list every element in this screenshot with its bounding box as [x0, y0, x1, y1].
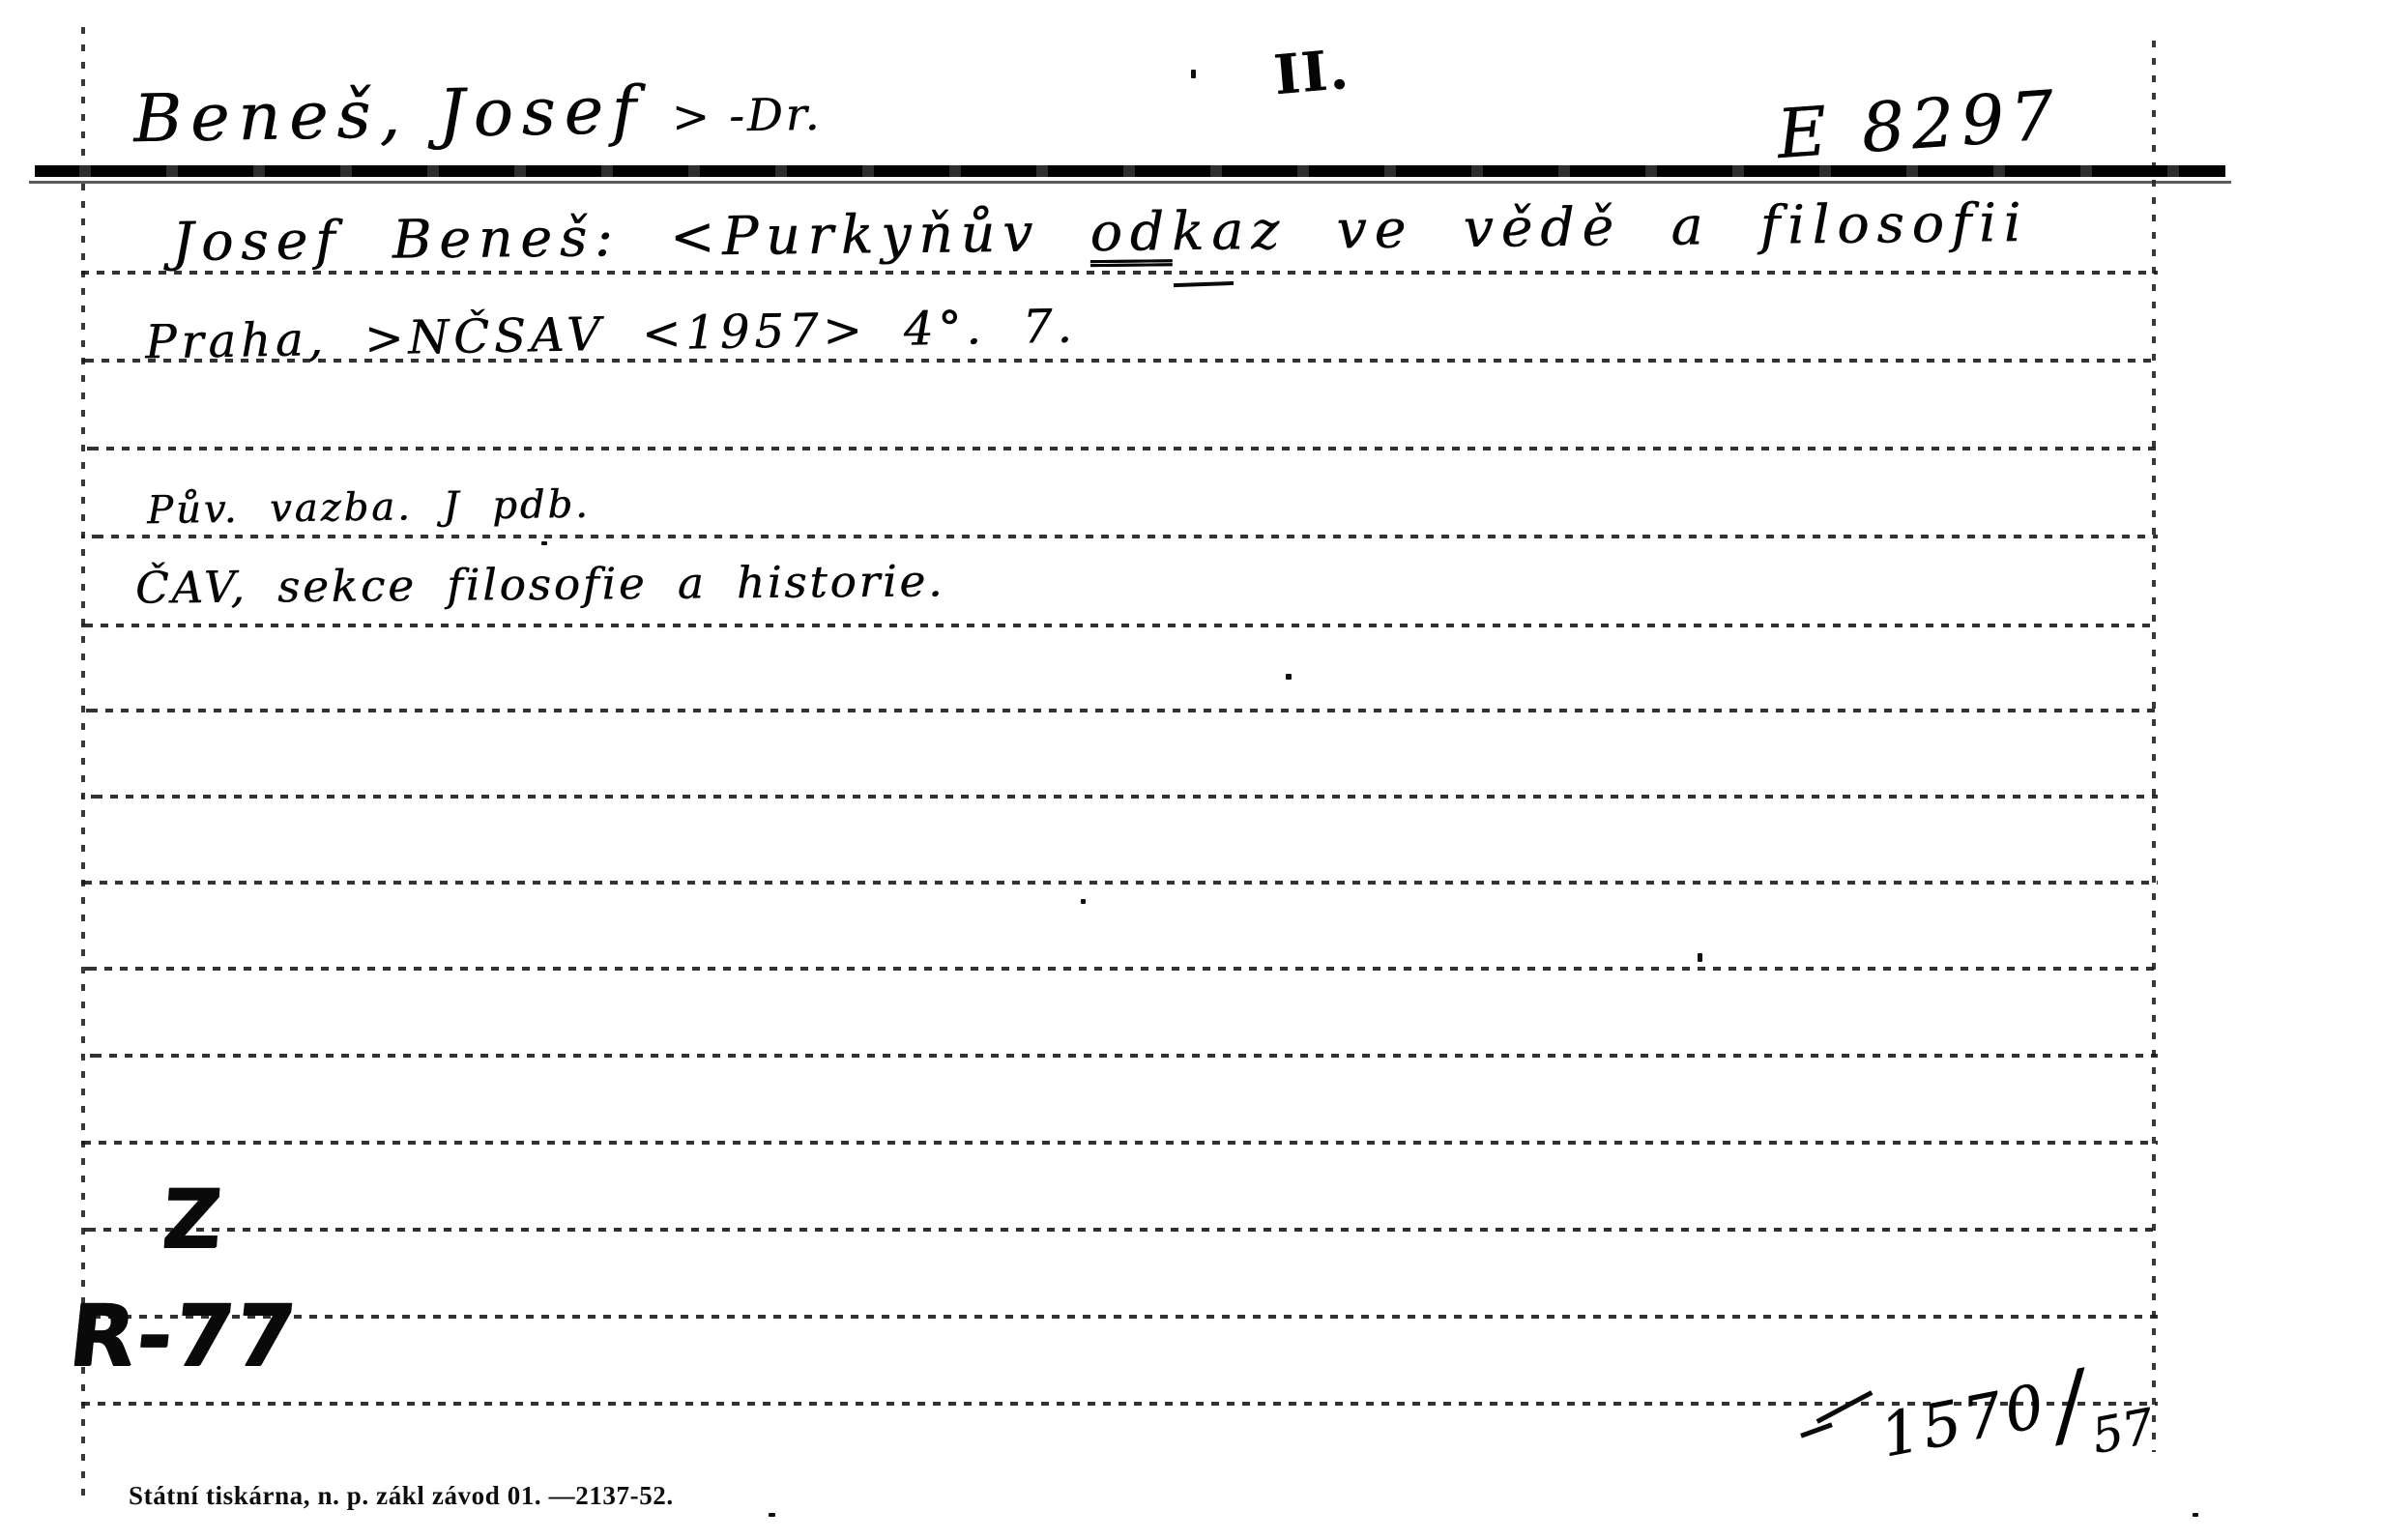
scan-speck: [1286, 674, 1292, 680]
call-number: E 8297: [1774, 75, 2063, 174]
scan-speck: [1191, 70, 1196, 78]
scan-speck: [769, 1513, 775, 1517]
author-honorific: > -Dr.: [672, 88, 823, 143]
ruled-line: [81, 881, 2158, 885]
accession-number: 1570/57: [1871, 1326, 2154, 1477]
header-rule: [35, 165, 2225, 177]
title-suffix: kaz ve vědě a filosofii: [1172, 191, 2029, 262]
ruled-line: [81, 447, 2158, 450]
ruled-line: [81, 1054, 2158, 1058]
accession-slash: /: [2046, 1352, 2094, 1458]
ruled-line: [81, 1315, 2158, 1319]
ruled-line: [81, 967, 2158, 971]
ruled-line: [81, 535, 2158, 538]
ruled-line: [81, 1228, 2158, 1232]
binding-note: Pův. vazba. J pdb.: [147, 482, 591, 533]
scan-speck: [2193, 1513, 2198, 1517]
part-numeral: II.: [1271, 38, 1351, 108]
header-rule-shadow: [29, 181, 2231, 184]
title-line: Josef Beneš: <Purkyňův odkaz ve vědě a f…: [172, 191, 2029, 273]
title-prefix: Josef Beneš: <Purkyňův: [172, 201, 1090, 273]
ownership-letter-mark: Z: [160, 1172, 225, 1266]
ruled-line: [81, 709, 2158, 712]
shelf-mark: R-77: [65, 1286, 303, 1385]
scan-speck: [1081, 899, 1086, 904]
catalog-card: Beneš, Josef> -Dr. II. E 8297 Josef Bene…: [0, 0, 2382, 1540]
title-underlined-word: od: [1089, 200, 1172, 263]
provenance-note: ČAV, sekce filosofie a historie.: [135, 555, 945, 613]
ruled-line: [81, 271, 2158, 275]
accession-numerator: 1570: [1874, 1370, 2053, 1471]
card-right-border: [2152, 41, 2156, 1452]
ruled-line: [81, 795, 2158, 799]
accession-denominator: 57: [2087, 1398, 2159, 1465]
author-name: Beneš, Josef: [132, 73, 645, 158]
ruled-line: [81, 1141, 2158, 1145]
scan-speck: [1698, 953, 1702, 962]
author-heading: Beneš, Josef> -Dr.: [132, 70, 822, 158]
od-underline-stroke: [1174, 281, 1234, 287]
ruled-line: [81, 624, 2158, 627]
check-mark-stroke-1: [1816, 1390, 1874, 1423]
scan-speck: [541, 541, 547, 545]
printer-imprint: Státní tiskárna, n. p. zákl závod 01. —2…: [129, 1481, 674, 1511]
card-left-border: [81, 27, 85, 1496]
check-mark-stroke-2: [1800, 1422, 1833, 1438]
